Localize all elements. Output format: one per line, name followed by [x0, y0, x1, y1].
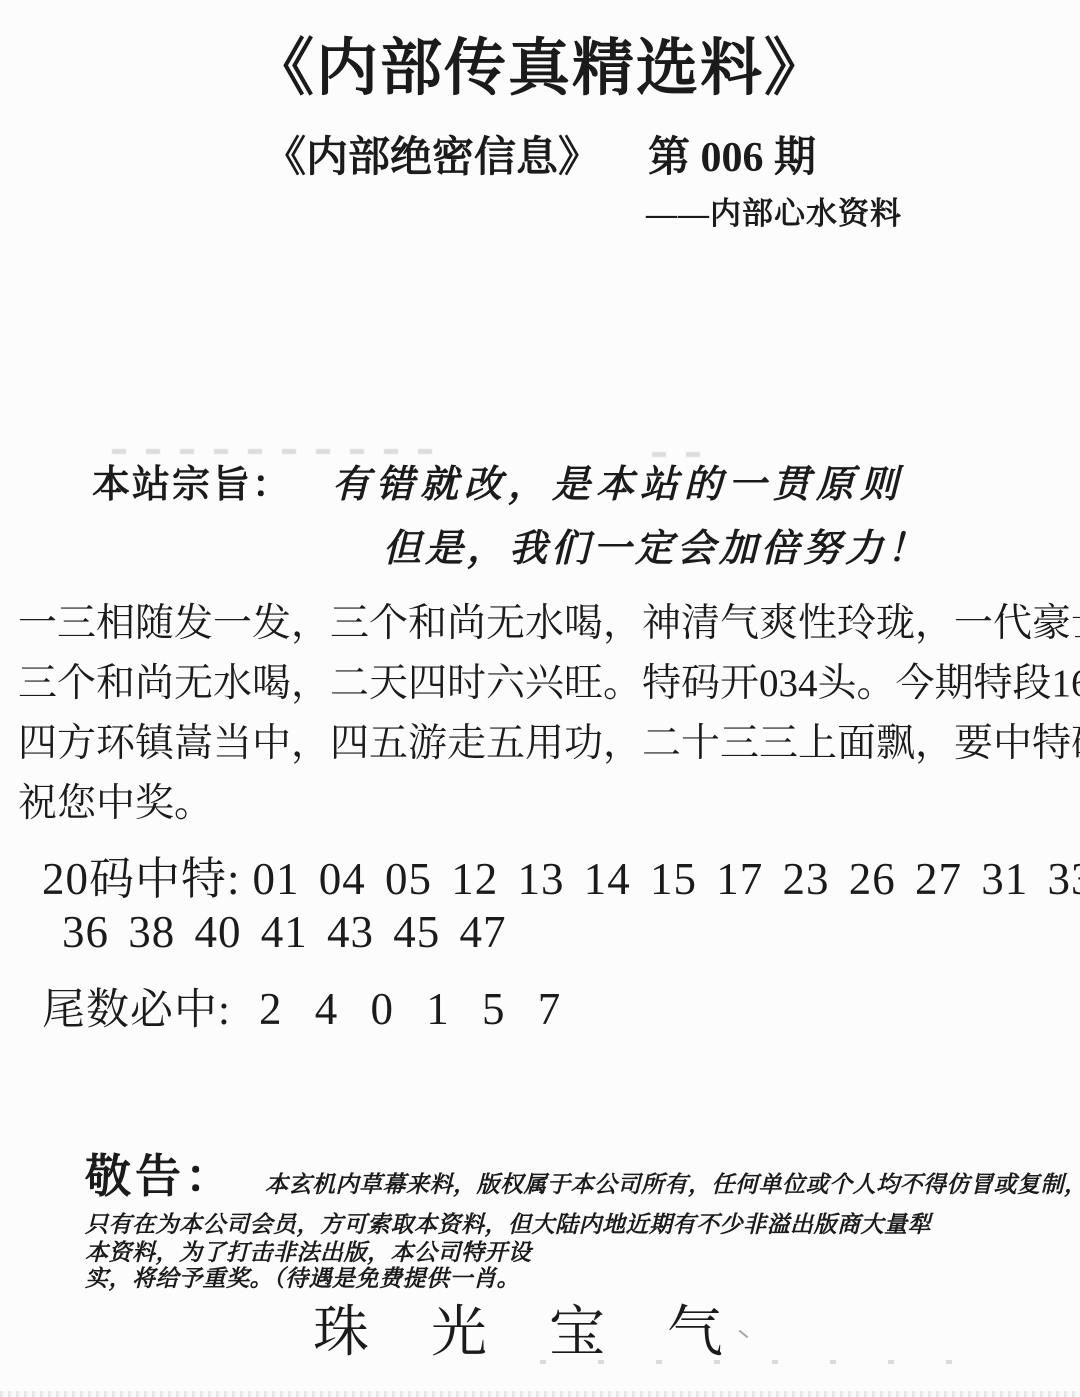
motto-label: 本站宗旨：: [92, 453, 292, 508]
poem-line-2: 三个和尚无水喝，二天四时六兴旺。特码开034头。今期特段16到47，: [18, 654, 1080, 714]
notice-label: 敬告：: [85, 1140, 235, 1206]
tail-digits: 2 4 0 1 5 7: [259, 983, 560, 1035]
motto-line-1: 有错就改，是本站的一贯原则: [332, 453, 904, 508]
scan-artifact: [540, 1360, 970, 1364]
tail-label: 尾数必中:: [42, 976, 231, 1037]
picks-row-1: 20码中特:01 04 05 12 13 14 15 17 23 26 27 3…: [42, 842, 1080, 907]
poem-line-3: 四方环镇嵩当中，四五游走五用功，二十三三上面飘，要中特码九不小。: [18, 714, 1080, 774]
subtitle: 《内部绝密信息》: [264, 124, 600, 184]
poem-line-1: 一三相随发一发，三个和尚无水喝，神清气爽性玲珑，一代豪士在今期: [18, 594, 1080, 654]
poem-line-4: 祝您中奖。: [18, 774, 1080, 834]
notice-head: 敬告： 本玄机内草幕来料，版权属于本公司所有，任何单位或个人均不得仿冒或复制，: [85, 1140, 1080, 1206]
motto-line-2: 但是，我们一定会加倍努力！: [383, 517, 929, 572]
poem: 一三相随发一发，三个和尚无水喝，神清气爽性玲珑，一代豪士在今期 三个和尚无水喝，…: [18, 594, 1080, 834]
subtitle-row: 《内部绝密信息》 第 006 期: [0, 124, 1080, 184]
scan-edge-strip: [0, 1391, 1080, 1397]
fax-sheet: 《内部传真精选料》 《内部绝密信息》 第 006 期 ——内部心水资料 本站宗旨…: [0, 0, 1080, 1397]
notice-line-1: 本玄机内草幕来料，版权属于本公司所有，任何单位或个人均不得仿冒或复制，: [265, 1166, 1080, 1199]
picks-numbers-row-1: 01 04 05 12 13 14 15 17 23 26 27 31 33: [253, 854, 1080, 904]
tagline: ——内部心水资料: [646, 188, 902, 233]
issue-number: 第 006 期: [648, 124, 816, 184]
footer-slogan: 珠 光 宝 气: [0, 1288, 1058, 1368]
picks-label: 20码中特:: [42, 854, 241, 904]
tail-row: 尾数必中: 2 4 0 1 5 7: [42, 976, 560, 1037]
motto-row: 本站宗旨： 有错就改，是本站的一贯原则: [92, 453, 904, 508]
sheet-title: 《内部传真精选料》: [0, 18, 1080, 107]
picks-numbers-row-2: 36 38 40 41 43 45 47: [62, 906, 507, 958]
